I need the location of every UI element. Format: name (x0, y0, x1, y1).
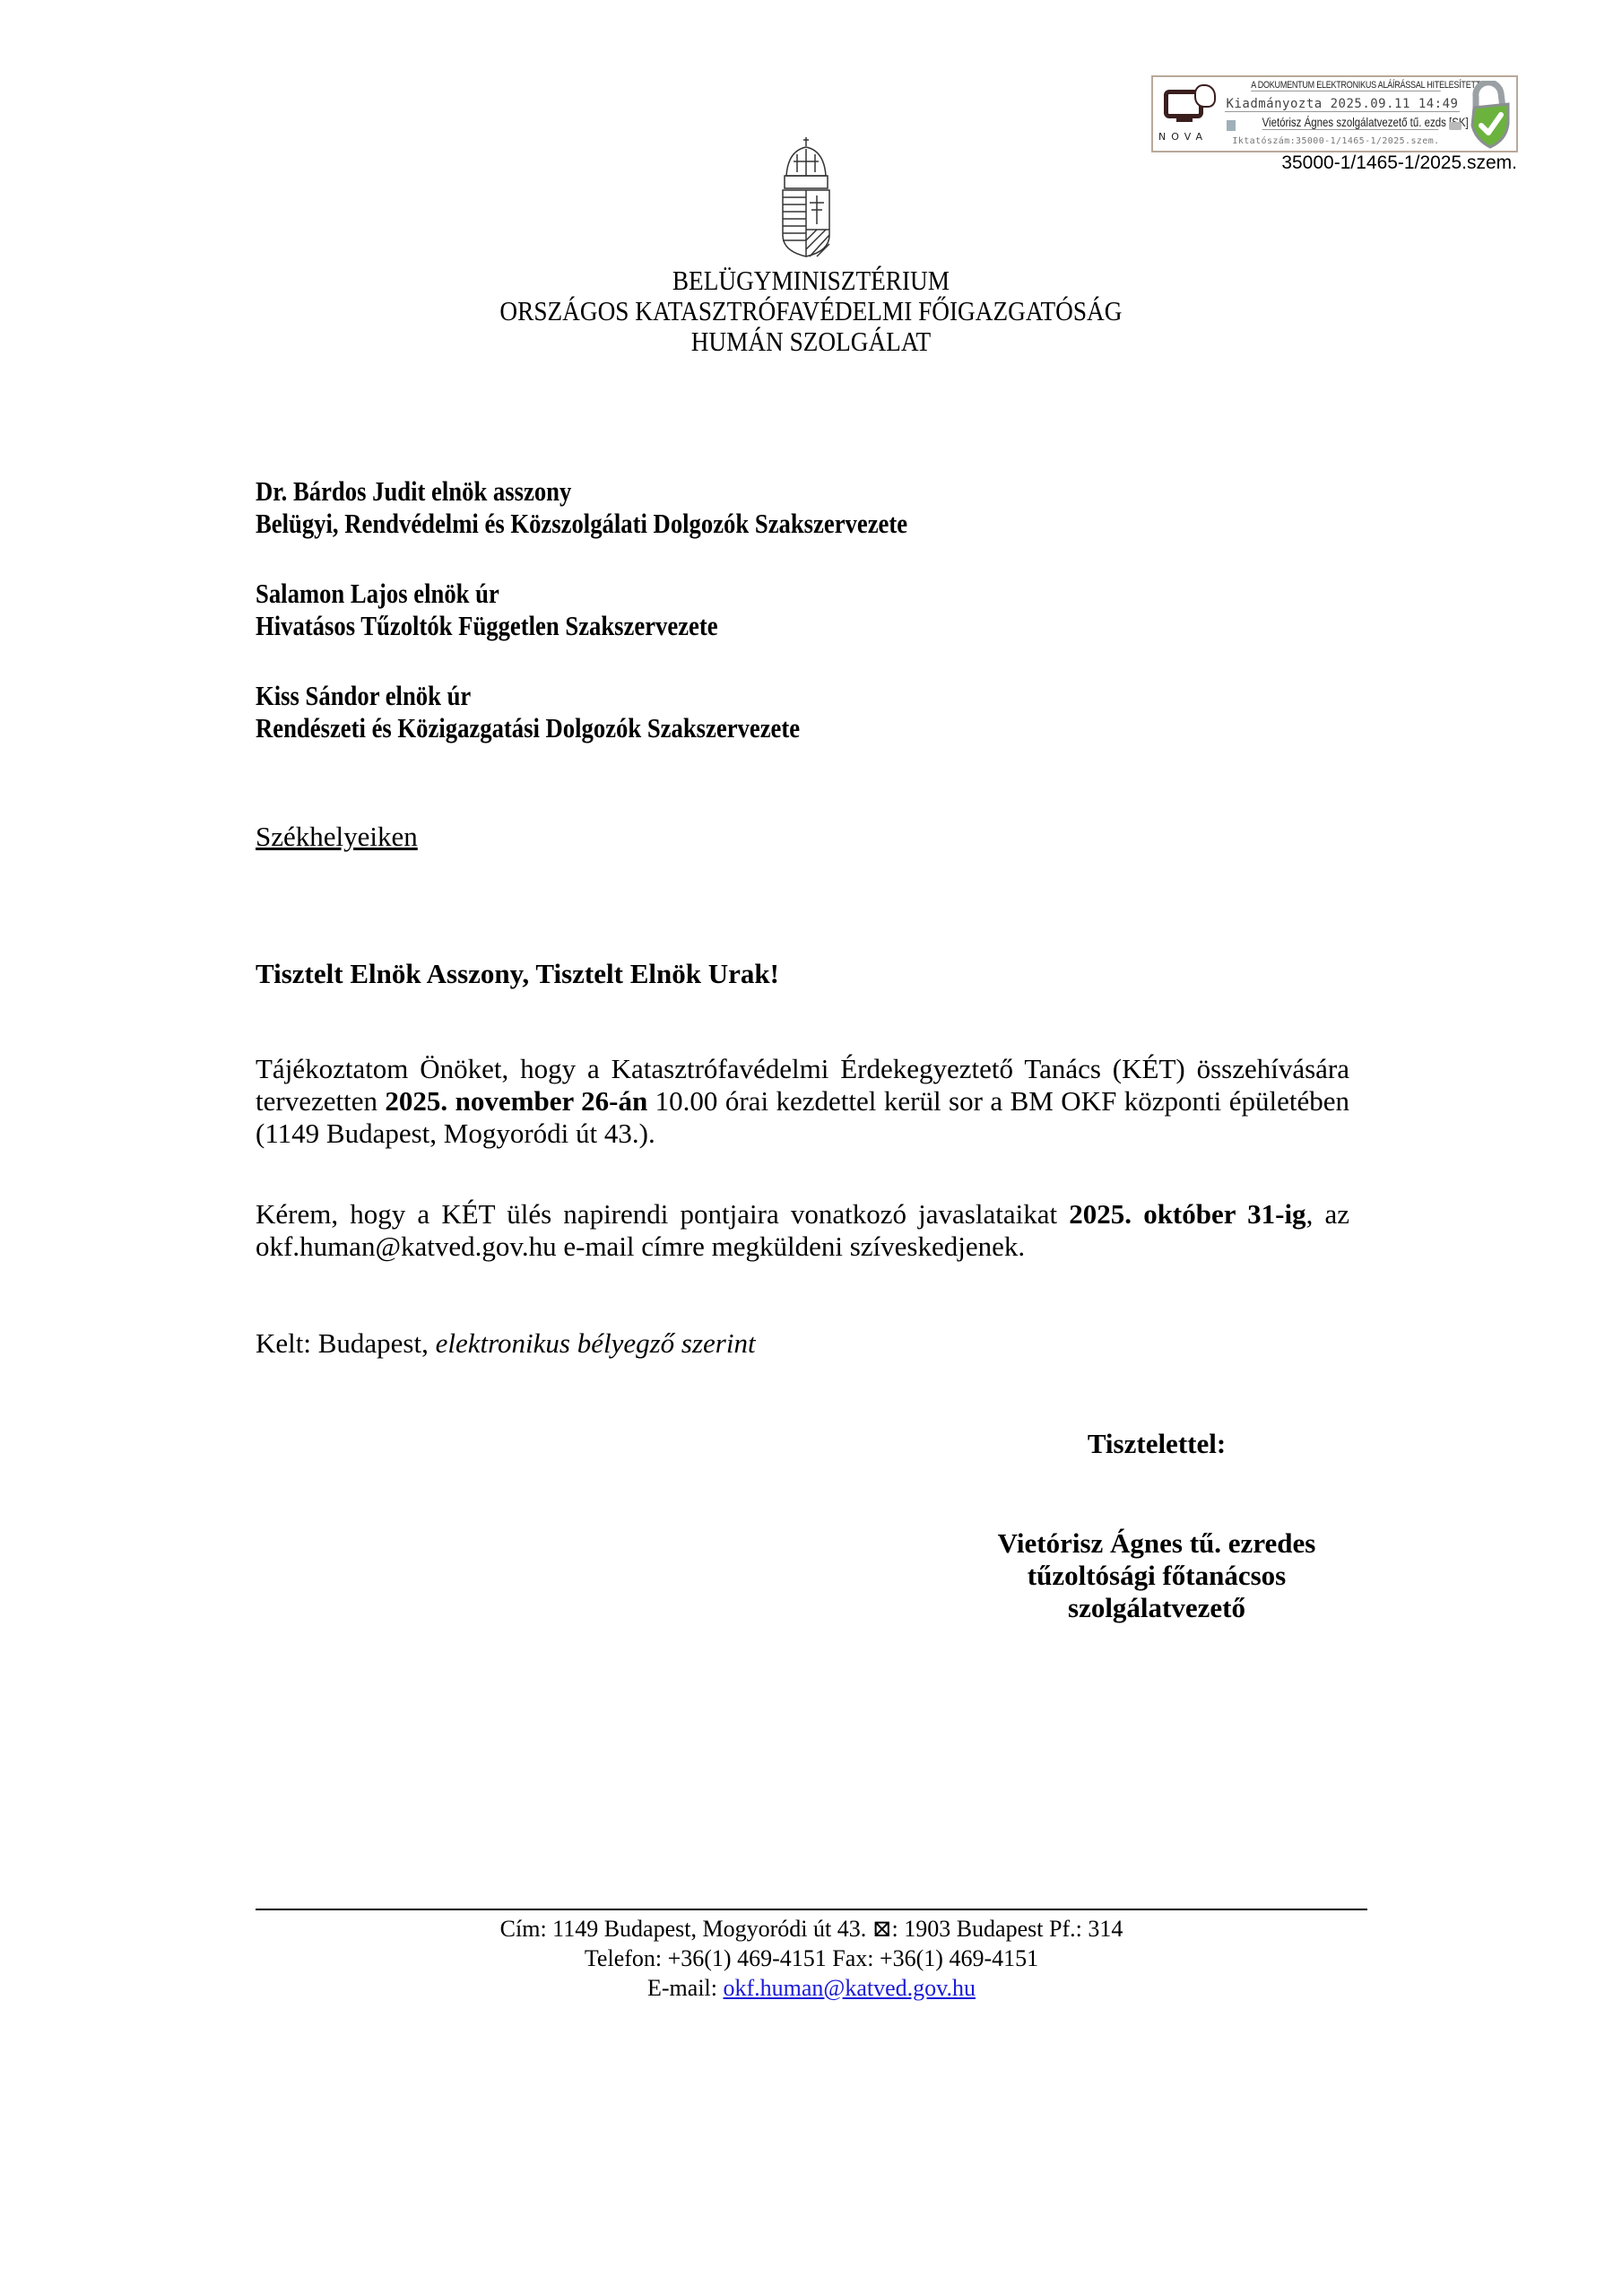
date-place-line: Kelt: Budapest, elektronikus bélyegző sz… (256, 1327, 756, 1360)
id-card-icon (1449, 122, 1462, 130)
letterhead: BELÜGYMINISZTÉRIUM ORSZÁGOS KATASZTRÓFAV… (97, 265, 1524, 357)
hungary-map-icon (1194, 84, 1216, 108)
stamp-issued: Kiadmányozta 2025.09.11 14:49 (1225, 97, 1460, 112)
footer-divider (256, 1909, 1367, 1910)
addressee-block: Salamon Lajos elnök úr Hivatásos Tűzoltó… (256, 578, 718, 642)
footer-address: Cím: 1149 Budapest, Mogyoródi út 43. ⊠: … (256, 1914, 1367, 1944)
addressee-org: Belügyi, Rendvédelmi és Közszolgálati Do… (256, 508, 907, 540)
addressee-name: Kiss Sándor elnök úr (256, 680, 800, 712)
addressee-block: Dr. Bárdos Judit elnök asszony Belügyi, … (256, 475, 907, 540)
deadline-date: 2025. október 31-ig (1069, 1198, 1305, 1230)
footer-email-label: E-mail: (647, 1975, 723, 2001)
nova-logo-label: NOVA (1158, 131, 1208, 143)
closing-greeting: Tisztelettel: (982, 1428, 1331, 1460)
kelt-label: Kelt: Budapest, (256, 1327, 436, 1359)
signer-position: szolgálatvezető (982, 1592, 1331, 1624)
addressee-name: Salamon Lajos elnök úr (256, 578, 718, 610)
nova-logo-stand (1176, 118, 1193, 122)
meeting-date: 2025. november 26-án (385, 1085, 647, 1117)
ministry-name: BELÜGYMINISZTÉRIUM (97, 265, 1524, 296)
kelt-stamp-note: elektronikus bélyegző szerint (436, 1327, 756, 1359)
signer-rank: tűzoltósági főtanácsos (982, 1560, 1331, 1592)
footer-email-line: E-mail: okf.human@katved.gov.hu (256, 1973, 1367, 2003)
signature-stamp: NOVA A DOKUMENTUM ELEKTRONIKUS ALÁÍRÁSSA… (1151, 75, 1518, 152)
addressee-name: Dr. Bárdos Judit elnök asszony (256, 475, 907, 508)
addressee-org: Rendészeti és Közigazgatási Dolgozók Sza… (256, 712, 800, 744)
stamp-signer: Vietórisz Ágnes szolgálatvezető tű. ezds… (1262, 115, 1439, 130)
body-paragraph-1: Tájékoztatom Önöket, hogy a Katasztrófav… (256, 1053, 1349, 1150)
signer-name: Vietórisz Ágnes tű. ezredes (982, 1527, 1331, 1560)
directorate-name: ORSZÁGOS KATASZTRÓFAVÉDELMI FŐIGAZGATÓSÁ… (97, 296, 1524, 326)
coat-of-arms-icon (770, 135, 842, 260)
addressee-org: Hivatásos Tűzoltók Független Szakszervez… (256, 610, 718, 642)
footer-phone: Telefon: +36(1) 469-4151 Fax: +36(1) 469… (256, 1944, 1367, 1973)
body-text: Kérem, hogy a KÉT ülés napirendi pontjai… (256, 1198, 1069, 1230)
stamp-filing-number: Iktatószám:35000-1/1465-1/2025.szem. (1210, 136, 1462, 146)
footer-email-link[interactable]: okf.human@katved.gov.hu (724, 1975, 976, 2001)
building-icon (1227, 120, 1236, 131)
lock-check-icon (1467, 81, 1514, 149)
signature-block: Vietórisz Ágnes tű. ezredes tűzoltósági … (982, 1527, 1331, 1624)
footer: Cím: 1149 Budapest, Mogyoródi út 43. ⊠: … (256, 1914, 1367, 2003)
service-name: HUMÁN SZOLGÁLAT (97, 326, 1524, 357)
body-paragraph-2: Kérem, hogy a KÉT ülés napirendi pontjai… (256, 1198, 1349, 1263)
seats-line: Székhelyeiken (256, 821, 418, 853)
stamp-title: A DOKUMENTUM ELEKTRONIKUS ALÁÍRÁSSAL HIT… (1251, 80, 1441, 91)
reference-number: 35000-1/1465-1/2025.szem. (1281, 152, 1517, 174)
addressee-block: Kiss Sándor elnök úr Rendészeti és Közig… (256, 680, 800, 744)
salutation: Tisztelt Elnök Asszony, Tisztelt Elnök U… (256, 958, 779, 990)
